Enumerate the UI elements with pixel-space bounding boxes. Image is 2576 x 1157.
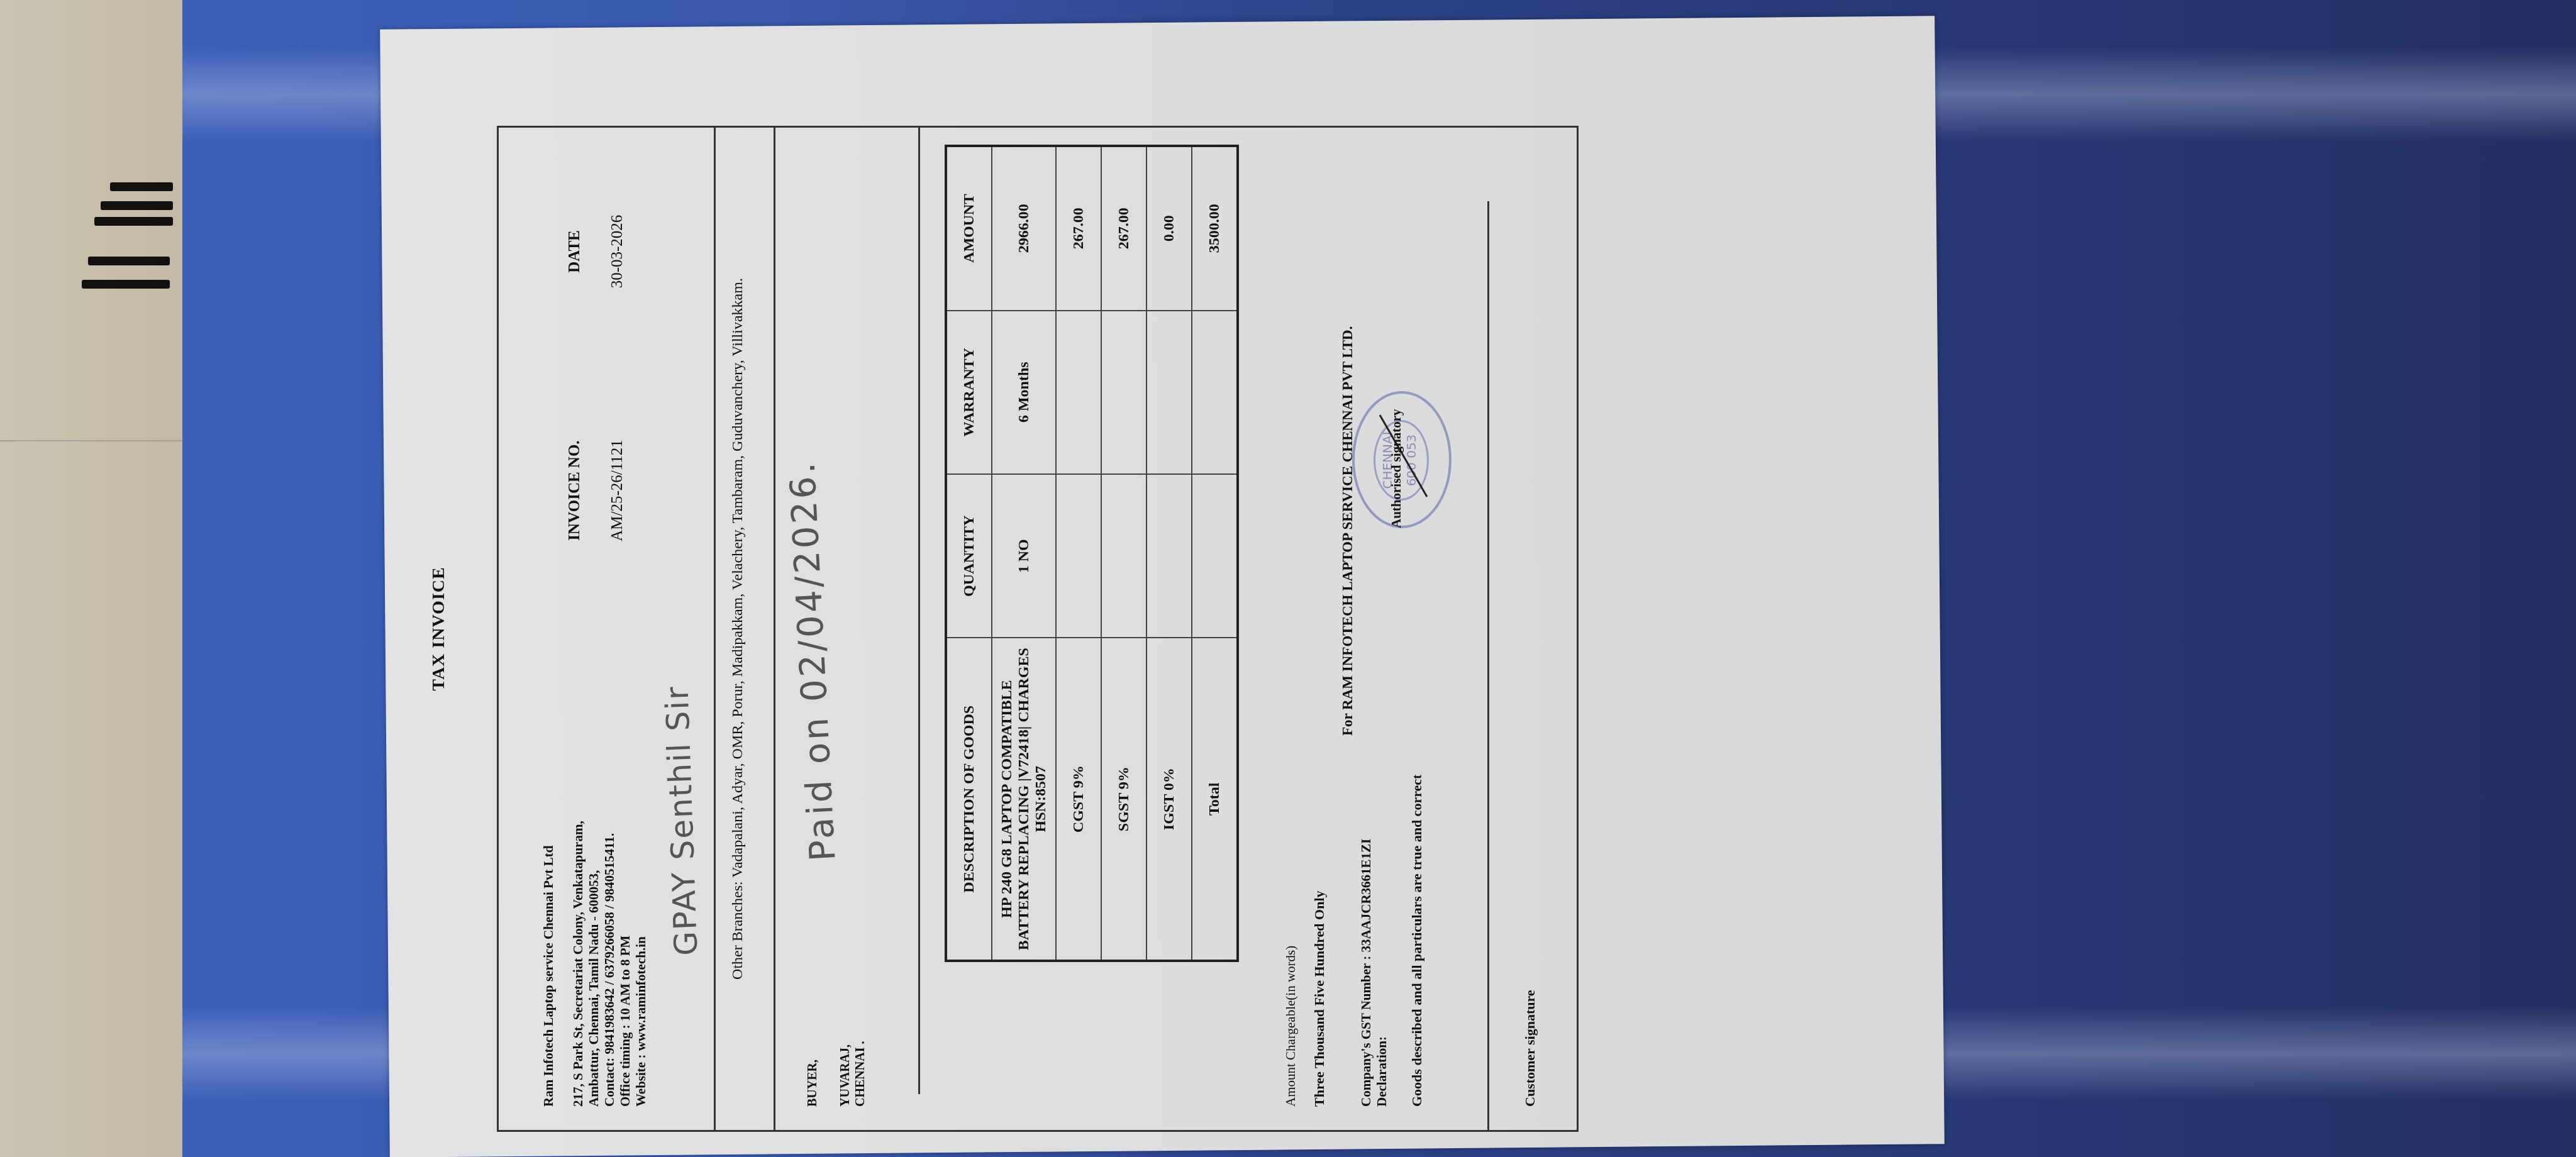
invoice-date: 30-03-2026 [609, 151, 626, 352]
cell-warranty [1146, 311, 1192, 474]
cell-quantity: 1 NO [992, 474, 1056, 638]
divider [1487, 201, 1489, 1132]
invoice-number: AM/25-26/1121 [609, 390, 626, 591]
cell-description: IGST 0% [1146, 638, 1192, 961]
cell-amount: 267.00 [1056, 146, 1101, 311]
items-table: DESCRIPTION OF GOODS QUANTITY WARRANTY A… [945, 145, 1239, 962]
header-amount: AMOUNT [946, 146, 992, 311]
cell-amount: 2966.00 [992, 146, 1056, 311]
buyer-name: YUVARAJ, [838, 1041, 853, 1107]
gst-number: Company's GST Number : 33AAJCR3661E1ZI [1358, 839, 1374, 1107]
table-row: SGST 9%267.00 [1101, 146, 1146, 961]
divider [714, 126, 716, 1132]
company-name: Ram Infotech Laptop service Chennai Pvt … [541, 629, 557, 1107]
date-block: DATE 30-03-2026 [566, 151, 626, 352]
wall-seam [0, 440, 182, 441]
fringe-decoration [94, 217, 173, 226]
address-line: 217, S Park St, Secretariat Colony, Venk… [570, 629, 586, 1107]
website-line: Website : www.raminfotech.in [633, 629, 649, 1107]
header-quantity: QUANTITY [946, 474, 992, 638]
cell-warranty: 6 Months [992, 311, 1056, 474]
address-line: Ambattur, Chennai, Tamil Nadu - 600053, [586, 629, 602, 1107]
buyer-city: CHENNAI . [853, 1041, 868, 1107]
cell-warranty [1101, 311, 1146, 474]
other-branches: Other Branches: Vadapalani, Adyar, OMR, … [730, 126, 747, 1132]
divider [774, 126, 775, 1132]
fringe-decoration [82, 280, 170, 289]
document-title: TAX INVOICE [429, 126, 449, 1132]
cell-quantity [1056, 474, 1101, 638]
cell-description: HP 240 G8 LAPTOP COMPATIBLE BATTERY REPL… [992, 638, 1056, 961]
table-header-row: DESCRIPTION OF GOODS QUANTITY WARRANTY A… [946, 146, 992, 961]
authorised-signatory: Authorised signatory [1389, 409, 1404, 528]
date-label: DATE [566, 151, 584, 352]
cell-warranty [1056, 311, 1101, 474]
gst-block: Company's GST Number : 33AAJCR3661E1ZI D… [1358, 839, 1390, 1107]
timing-line: Office timing : 10 AM to 8 PM [618, 629, 633, 1107]
table-row: HP 240 G8 LAPTOP COMPATIBLE BATTERY REPL… [992, 146, 1056, 961]
declaration-text: Goods described and all particulars are … [1409, 775, 1425, 1107]
buyer-label: BUYER, [805, 1041, 820, 1107]
tax-invoice-document: TAX INVOICE Ram Infotech Laptop service … [497, 126, 1579, 1132]
fringe-decoration [110, 182, 173, 191]
cell-description: SGST 9% [1101, 638, 1146, 961]
cell-description: Total [1192, 638, 1238, 961]
cell-amount: 3500.00 [1192, 146, 1238, 311]
cell-warranty [1192, 311, 1238, 474]
invoice-number-label: INVOICE NO. [566, 390, 584, 591]
table-row: CGST 9%267.00 [1056, 146, 1101, 961]
table-row: Total3500.00 [1192, 146, 1238, 961]
cell-quantity [1101, 474, 1146, 638]
customer-signature: Customer signature [1522, 990, 1538, 1107]
contact-line: Contact: 9841983642 / 6379266058 / 98405… [602, 629, 618, 1107]
fringe-decoration [88, 257, 170, 265]
cell-quantity [1192, 474, 1238, 638]
fringe-decoration [101, 201, 173, 210]
table-row: IGST 0%0.00 [1146, 146, 1192, 961]
background-wall [0, 0, 189, 1157]
header-warranty: WARRANTY [946, 311, 992, 474]
amount-words: Three Thousand Five Hundred Only [1311, 890, 1328, 1107]
declaration-label: Declaration: [1374, 839, 1390, 1107]
cell-amount: 0.00 [1146, 146, 1192, 311]
cell-quantity [1146, 474, 1192, 638]
header-description: DESCRIPTION OF GOODS [946, 638, 992, 961]
for-company: For RAM INFOTECH LAPTOP SERVICE CHENNAI … [1340, 326, 1356, 736]
amount-words-label: Amount Chargeable(in words) [1283, 946, 1299, 1107]
cell-description: CGST 9% [1056, 638, 1101, 961]
divider [918, 126, 920, 1094]
invoice-number-block: INVOICE NO. AM/25-26/1121 [566, 390, 626, 591]
cell-amount: 267.00 [1101, 146, 1146, 311]
buyer-block: BUYER, YUVARAJ, CHENNAI . [805, 1041, 868, 1107]
company-block: Ram Infotech Laptop service Chennai Pvt … [541, 629, 649, 1107]
